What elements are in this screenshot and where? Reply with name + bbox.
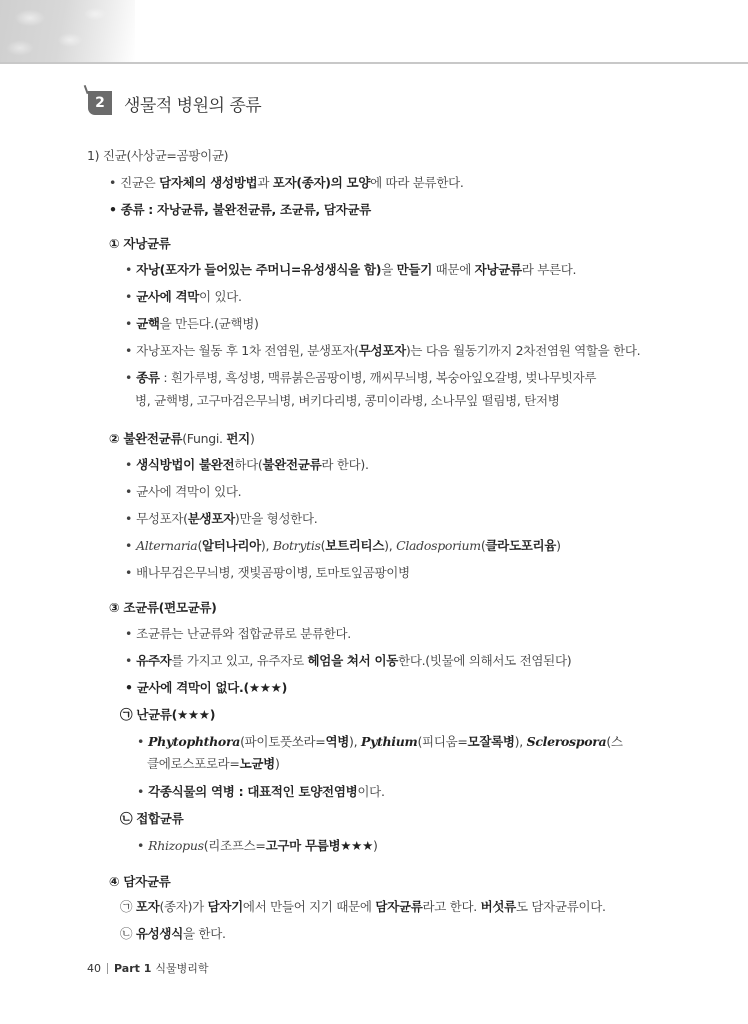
list-item: •Rhizopus(리조프스=고구마 무름병★★★): [137, 836, 378, 854]
bold-text: ② 불완전균류: [109, 431, 182, 446]
text: 균사에 격막이 있다.: [136, 484, 241, 499]
text: 도 담자균류이다.: [516, 899, 606, 914]
text: (피디움=: [417, 734, 467, 749]
bullet-icon: •: [137, 838, 144, 853]
bold-text: 유주자: [136, 653, 171, 668]
text: ): [275, 756, 280, 771]
italic-text: Cladosporium: [396, 538, 481, 553]
list-item: ㉡ 유성생식을 한다.: [120, 924, 226, 942]
bullet-icon: •: [125, 680, 133, 695]
list-item: •각종식물의 역병 : 대표적인 토양전염병이다.: [137, 782, 385, 800]
text: 진균은: [120, 175, 159, 190]
text: 이다.: [357, 784, 384, 799]
bullet-icon: •: [125, 316, 132, 331]
section-number-badge: 2: [88, 91, 112, 115]
text: ): [250, 431, 255, 446]
text: 에서 만들어 지기 때문에: [243, 899, 375, 914]
italic-text: Rhizopus: [148, 838, 204, 853]
text: 를 가지고 있고, 유주자로: [171, 653, 307, 668]
list-item: •종류 : 흰가루병, 흑성병, 맥류붉은곰팡이병, 깨씨무늬병, 복숭아잎오갈…: [125, 368, 596, 386]
bold-text: 균사에 격막: [136, 289, 199, 304]
part-label: Part 1: [114, 962, 151, 975]
text: ㉡: [120, 926, 136, 941]
text: 을: [381, 262, 396, 277]
italic-text: Phytophthora: [148, 734, 240, 749]
bullet-icon: •: [125, 484, 132, 499]
text: 을 한다.: [183, 926, 226, 941]
list-item: ㉠ 포자(종자)가 담자기에서 만들어 지기 때문에 담자균류라고 한다. 버섯…: [120, 897, 606, 915]
bold-text: 헤엄을 쳐서 이동: [308, 653, 399, 668]
list-item: •Phytophthora(파이토풋쏘라=역병), Pythium(피디움=모잘…: [137, 732, 623, 750]
list-item: •자낭포자는 월동 후 1차 전염원, 분생포자(무성포자)는 다음 월동기까지…: [125, 341, 640, 359]
header-divider: [0, 62, 748, 64]
text: ㉠: [120, 899, 136, 914]
text: 자낭포자는 월동 후 1차 전염원, 분생포자(: [136, 343, 359, 358]
subsection-title-ascomycetes: ① 자낭균류: [109, 234, 170, 252]
text: (스: [606, 734, 622, 749]
bullet-icon: •: [125, 262, 132, 277]
text: 과: [257, 175, 272, 190]
text: 때문에: [432, 262, 475, 277]
list-item: •배나무검은무늬병, 잿빛곰팡이병, 토마토잎곰팡이병: [125, 563, 410, 581]
bold-text: 균핵: [136, 316, 160, 331]
list-item: •Alternaria(알터나리아), Botrytis(보트리티스), Cla…: [125, 536, 561, 554]
bold-text: 버섯류: [481, 899, 516, 914]
page-number: 40: [87, 962, 101, 975]
bullet-icon: •: [125, 370, 132, 385]
bold-text: 종류 : 자낭균류, 불완전균류, 조균류, 담자균류: [121, 202, 371, 217]
footer-divider: [107, 963, 108, 974]
bold-text: 종류: [136, 370, 160, 385]
intro-item: •진균은 담자체의 생성방법과 포자(종자)의 모양에 따라 분류한다.: [109, 173, 464, 191]
bold-text: 담자기: [208, 899, 243, 914]
bold-text: 알터나리아: [202, 538, 261, 553]
bullet-icon: •: [109, 175, 116, 190]
bold-text: 분생포자: [188, 511, 235, 526]
list-item: •조균류는 난균류와 접합균류로 분류한다.: [125, 624, 351, 642]
bold-text: 자낭(포자가 들어있는 주머니=유성생식을 함): [136, 262, 381, 277]
text: 에 따라 분류한다.: [370, 175, 463, 190]
text: 라 부른다.: [522, 262, 576, 277]
bullet-icon: •: [125, 511, 132, 526]
bold-text: 포자: [136, 899, 160, 914]
heading-fungi: 1) 진균(사상균=곰팡이균): [87, 146, 228, 164]
list-item-continuation: 클에로스포로라=노균병): [147, 754, 280, 772]
text: 이 있다.: [199, 289, 242, 304]
section-title: 생물적 병원의 종류: [124, 91, 261, 116]
page-header: [0, 0, 748, 63]
sprout-icon: [84, 83, 95, 94]
text: ),: [349, 734, 361, 749]
bold-text: 모잘록병: [468, 734, 515, 749]
subsection-title-phycomycetes: ③ 조균류(편모균류): [109, 598, 217, 616]
bold-text: 담자체의 생성방법: [159, 175, 257, 190]
bullet-icon: •: [125, 538, 132, 553]
text: 라고 한다.: [422, 899, 480, 914]
text: 무성포자(: [136, 511, 188, 526]
leaf-decoration-image: [0, 0, 135, 63]
bold-text: 역병: [325, 734, 349, 749]
list-item-continuation: 병, 균핵병, 고구마검은무늬병, 벼키다리병, 콩미이라병, 소나무잎 떨림병…: [135, 391, 560, 409]
text: )는 다음 월동기까지 2차전염원 역할을 한다.: [406, 343, 640, 358]
bullet-icon: •: [109, 202, 117, 217]
subsection-title-zygomycetes: ㉡ 접합균류: [120, 809, 183, 827]
italic-text: Sclerospora: [527, 734, 607, 749]
bullet-icon: •: [137, 784, 144, 799]
text: (파이토풋쏘라=: [240, 734, 325, 749]
page-footer: 40 Part 1 식물병리학: [87, 960, 209, 976]
bold-text: 만들기: [397, 262, 432, 277]
subsection-title-oomycetes: ㉠ 난균류(★★★): [120, 705, 215, 723]
section-number: 2: [95, 95, 105, 111]
text: 하다(: [234, 457, 262, 472]
intro-item: •종류 : 자낭균류, 불완전균류, 조균류, 담자균류: [109, 200, 371, 218]
bold-text: 펀지: [226, 431, 250, 446]
bold-text: 클라도포리윰: [485, 538, 556, 553]
list-item: •무성포자(분생포자)만을 형성한다.: [125, 509, 317, 527]
list-item: •균사에 격막이 있다.: [125, 482, 241, 500]
list-item: •생식방법이 불완전하다(불완전균류라 한다).: [125, 455, 369, 473]
bold-text: 균사에 격막이 없다.(★★★): [137, 680, 287, 695]
text: ),: [384, 538, 396, 553]
bold-text: 포자(종자)의 모양: [273, 175, 370, 190]
text: ): [556, 538, 561, 553]
bold-text: 불완전균류: [262, 457, 321, 472]
bullet-icon: •: [137, 734, 144, 749]
text: ): [373, 838, 378, 853]
subsection-title-deuteromycetes: ② 불완전균류(Fungi. 펀지): [109, 429, 255, 447]
text: 조균류는 난균류와 접합균류로 분류한다.: [136, 626, 351, 641]
text: 배나무검은무늬병, 잿빛곰팡이병, 토마토잎곰팡이병: [136, 565, 410, 580]
text: (종자)가: [159, 899, 207, 914]
text: (리조프스=: [204, 838, 266, 853]
bold-text: 보트리티스: [325, 538, 384, 553]
text: 을 만든다.(균핵병): [160, 316, 259, 331]
bold-text: 담자균류: [375, 899, 422, 914]
bold-text: 노균병: [240, 756, 275, 771]
list-item: •균사에 격막이 있다.: [125, 287, 242, 305]
bullet-icon: •: [125, 565, 132, 580]
list-item: •자낭(포자가 들어있는 주머니=유성생식을 함)을 만들기 때문에 자낭균류라…: [125, 260, 576, 278]
bold-text: 자낭균류: [475, 262, 522, 277]
list-item: •균핵을 만든다.(균핵병): [125, 314, 259, 332]
bold-text: 각종식물의 역병 : 대표적인 토양전염병: [148, 784, 357, 799]
text: (Fungi.: [182, 431, 226, 446]
italic-text: Alternaria: [136, 538, 197, 553]
subsection-title-basidiomycetes: ④ 담자균류: [109, 872, 170, 890]
text: ),: [261, 538, 273, 553]
bold-text: 무성포자: [359, 343, 406, 358]
list-item: •유주자를 가지고 있고, 유주자로 헤엄을 쳐서 이동한다.(빗물에 의해서도…: [125, 651, 571, 669]
text: 한다.(빗물에 의해서도 전염된다): [398, 653, 571, 668]
bold-text: 생식방법이 불완전: [136, 457, 234, 472]
bullet-icon: •: [125, 457, 132, 472]
text: : 흰가루병, 흑성병, 맥류붉은곰팡이병, 깨씨무늬병, 복숭아잎오갈병, 벚…: [160, 370, 597, 385]
bullet-icon: •: [125, 626, 132, 641]
list-item: •균사에 격막이 없다.(★★★): [125, 678, 287, 696]
bullet-icon: •: [125, 653, 132, 668]
bullet-icon: •: [125, 289, 132, 304]
italic-text: Botrytis: [273, 538, 321, 553]
text: 라 한다).: [321, 457, 368, 472]
bullet-icon: •: [125, 343, 132, 358]
bold-text: 유성생식: [136, 926, 183, 941]
text: ),: [515, 734, 527, 749]
section-heading: 2 생물적 병원의 종류: [88, 88, 261, 118]
italic-text: Pythium: [361, 734, 418, 749]
text: 클에로스포로라=: [147, 756, 240, 771]
text: )만을 형성한다.: [235, 511, 318, 526]
bold-text: 고구마 무름병★★★: [266, 838, 373, 853]
subject-label: 식물병리학: [155, 960, 208, 976]
